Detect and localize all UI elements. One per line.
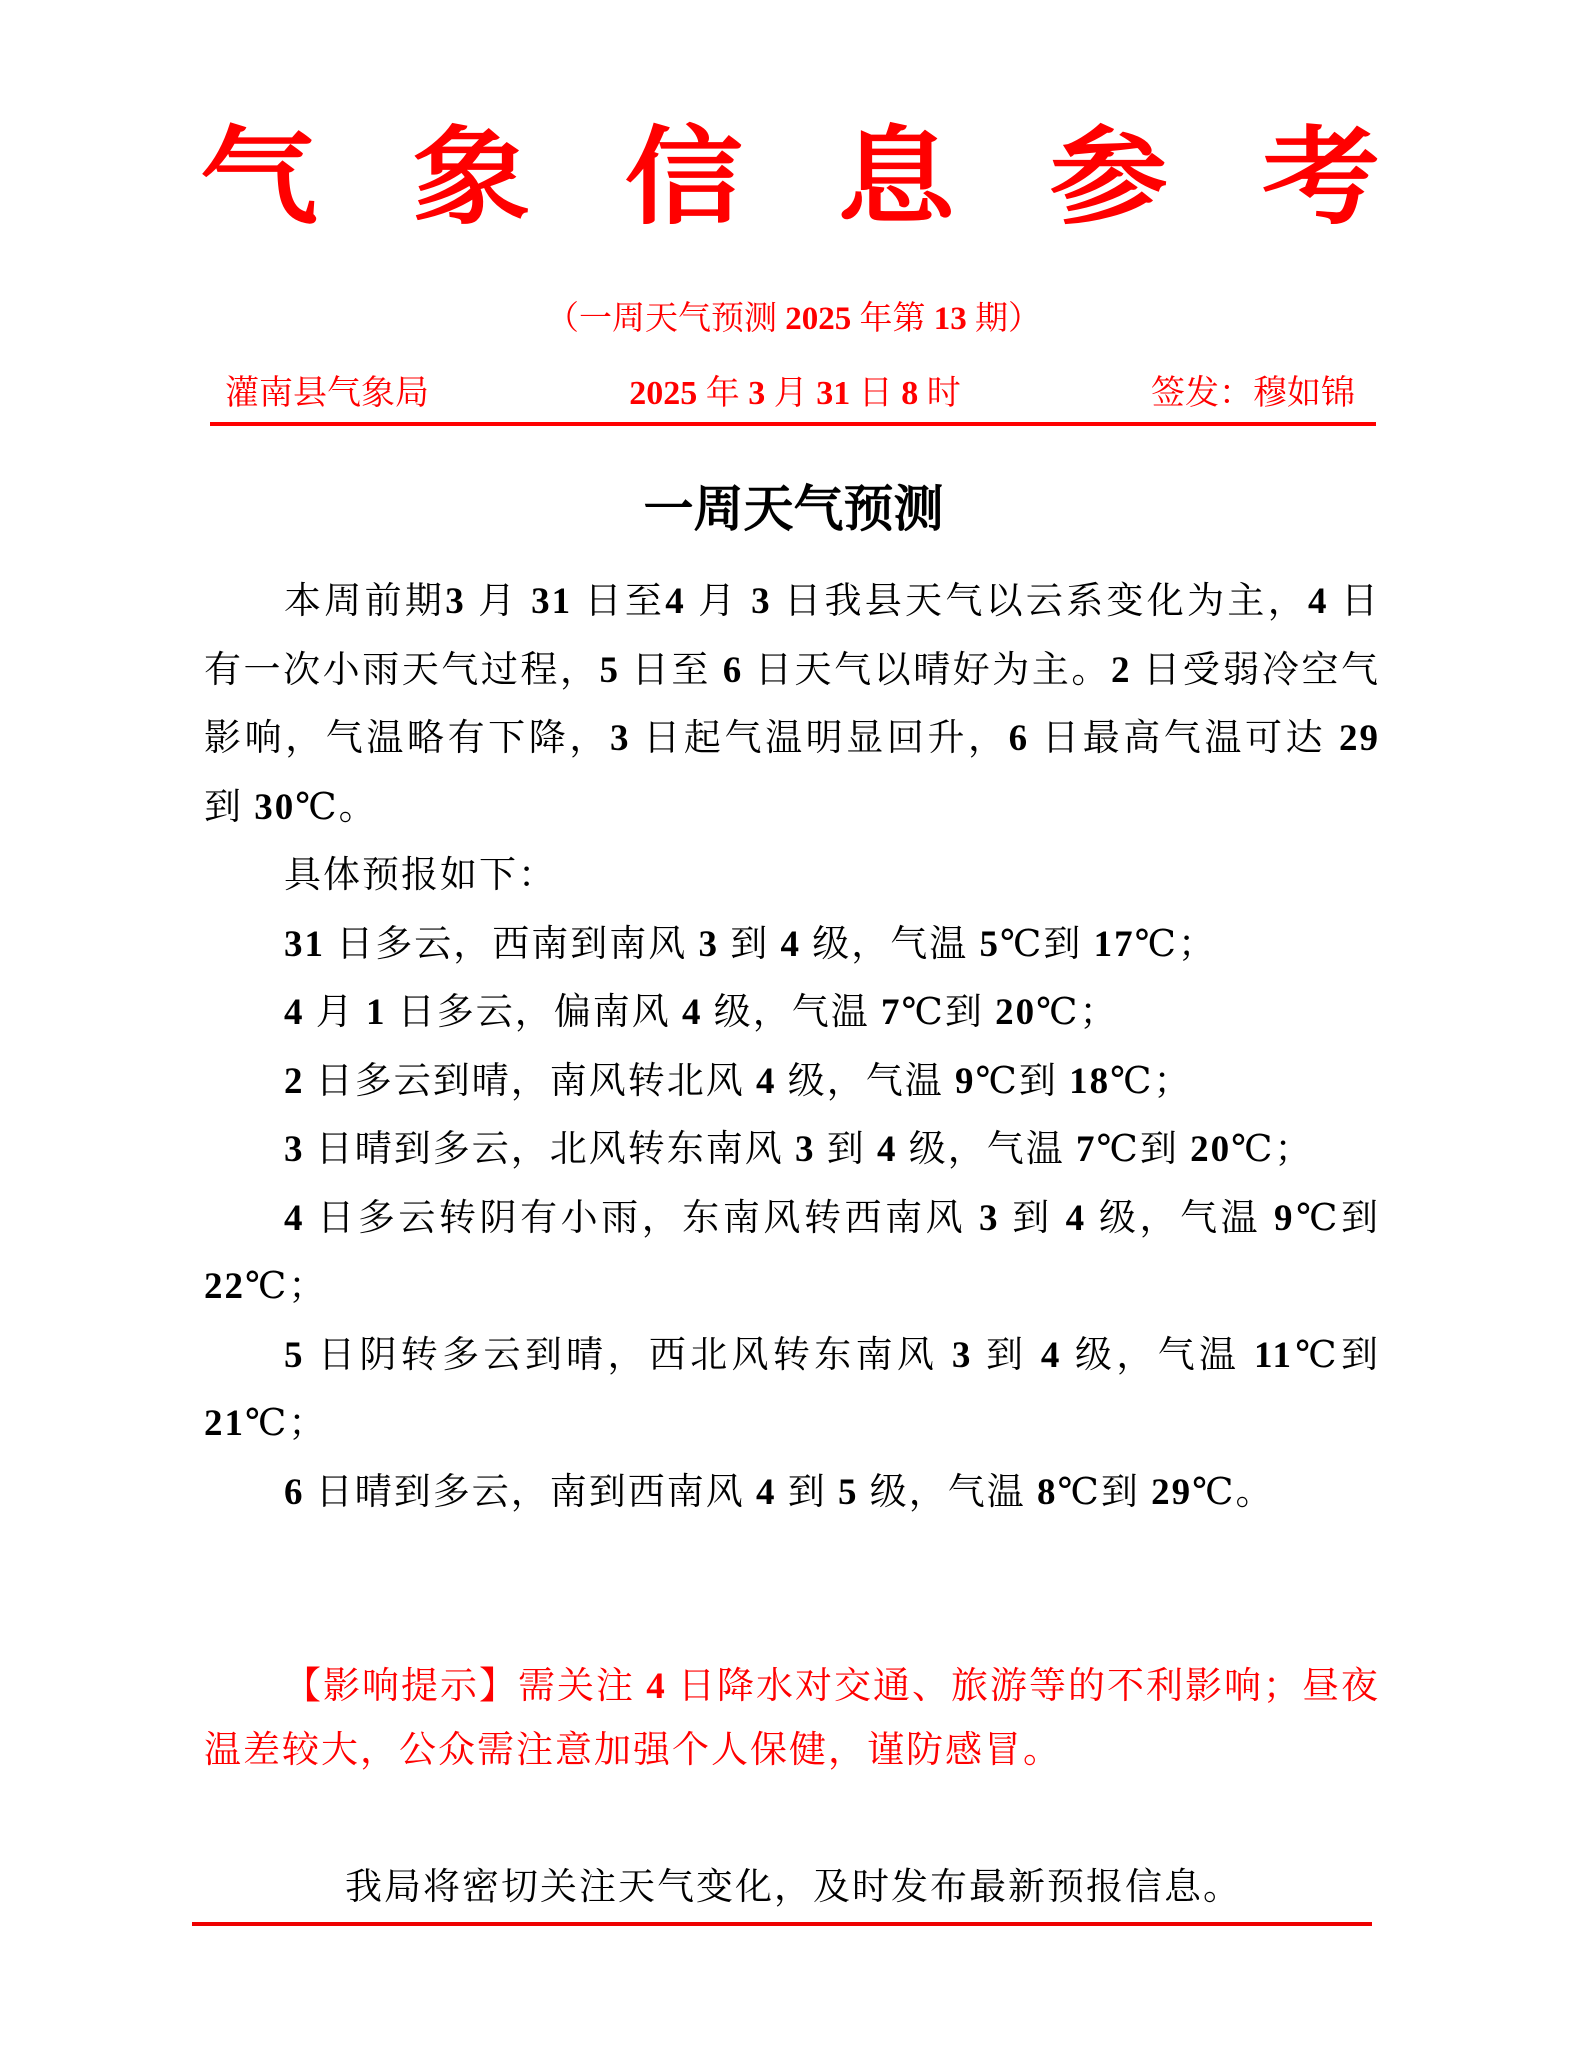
text-run: ℃。 [1192, 1472, 1274, 1513]
bold-number: 20 [995, 992, 1036, 1033]
summary-paragraph: 本周前期3 月 31 日至4 月 3 日我县天气以云系变化为主，4 日有一次小雨… [204, 568, 1380, 842]
text-run: 【影响提示】需关注 [284, 1666, 646, 1707]
bold-number: 4 [756, 1472, 777, 1513]
text-run: ℃； [1110, 1061, 1192, 1102]
forecast-day: 31 日多云，西南到南风 3 到 4 级，气温 5℃到 17℃； [204, 911, 1380, 980]
text-run: ℃； [1036, 992, 1118, 1033]
text-run: 级，气温 [898, 1129, 1077, 1170]
text-run: ℃到 [1058, 1472, 1152, 1513]
text-run: ℃到 [1293, 1335, 1380, 1376]
text-run: 级，气温 [777, 1061, 956, 1102]
forecast-day: 4 日多云转阴有小雨，东南风转西南风 3 到 4 级，气温 9℃到 22℃； [204, 1185, 1380, 1322]
bold-number: 4 [1308, 581, 1329, 622]
date-day-unit: 日 [859, 375, 893, 412]
text-run: 日至 [620, 650, 723, 691]
issue-number-line: （一周天气预测 2025 年第 13 期） [0, 297, 1587, 341]
bold-number: 4 [665, 581, 686, 622]
text-run: 日晴到多云，南到西南风 [305, 1472, 757, 1513]
text-run: 到 [972, 1335, 1041, 1376]
bold-number: 17 [1094, 924, 1135, 965]
bold-number: 4 [781, 924, 802, 965]
bold-number: 8 [1037, 1472, 1058, 1513]
text-run: 日多云，偏南风 [387, 992, 683, 1033]
text-run: 到 [719, 924, 781, 965]
bold-number: 3 [751, 581, 772, 622]
masthead-char: 象 [412, 124, 530, 230]
text-run: 级，气温 [859, 1472, 1038, 1513]
text-run: 日多云到晴，南风转北风 [305, 1061, 757, 1102]
text-run: 本周前期 [284, 581, 445, 622]
bold-number: 3 [610, 718, 631, 759]
signer: 签发：穆如锦 [1151, 365, 1355, 414]
issue-prefix: 一周天气预测 [579, 301, 777, 337]
text-run: 月 [466, 581, 531, 622]
issue-number: 13 [934, 301, 967, 337]
text-run: 日多云转阴有小雨，东南风转西南风 [305, 1198, 980, 1239]
text-run: ℃到 [902, 992, 996, 1033]
bold-number: 4 [284, 992, 305, 1033]
date-year: 2025 [629, 375, 697, 412]
text-run: 到 [777, 1472, 839, 1513]
text-run: ℃； [245, 1403, 327, 1444]
document-body: 本周前期3 月 31 日至4 月 3 日我县天气以云系变化为主，4 日有一次小雨… [204, 568, 1380, 1527]
bold-number: 3 [952, 1335, 973, 1376]
text-run: 月 [686, 581, 751, 622]
issuer: 灌南县气象局 [225, 365, 429, 414]
bold-number: 7 [1076, 1129, 1097, 1170]
bold-number: 29 [1151, 1472, 1192, 1513]
date-year-unit: 年 [706, 375, 740, 412]
text-run: 级，气温 [801, 924, 980, 965]
bold-number: 3 [795, 1129, 816, 1170]
issue-nian: 年第 [860, 301, 926, 337]
signer-name: 穆如锦 [1253, 375, 1355, 412]
bold-number: 1 [366, 992, 387, 1033]
text-run: 级，气温 [1061, 1335, 1254, 1376]
bold-number: 3 [979, 1198, 1000, 1239]
masthead-char: 参 [1050, 124, 1168, 230]
bold-number: 18 [1069, 1061, 1110, 1102]
document-title: 一周天气预测 [0, 478, 1587, 540]
bold-number: 7 [881, 992, 902, 1033]
text-run: 日天气以晴好为主。 [743, 650, 1111, 691]
date-month: 3 [748, 375, 765, 412]
bold-number: 4 [877, 1129, 898, 1170]
bold-number: 3 [445, 581, 466, 622]
bold-number: 3 [699, 924, 720, 965]
bold-number: 6 [284, 1472, 305, 1513]
bold-number: 5 [284, 1335, 305, 1376]
masthead-char: 气 [200, 124, 318, 230]
forecast-day: 4 月 1 日多云，偏南风 4 级，气温 7℃到 20℃； [204, 979, 1380, 1048]
text-run: ℃到 [1295, 1198, 1381, 1239]
date-month-unit: 月 [774, 375, 808, 412]
bold-number: 4 [284, 1198, 305, 1239]
bold-number: 11 [1254, 1335, 1293, 1376]
text-run: ℃到 [976, 1061, 1070, 1102]
bold-number: 4 [1041, 1335, 1062, 1376]
impact-notice: 【影响提示】需关注 4 日降水对交通、旅游等的不利影响；昼夜温差较大，公众需注意… [204, 1655, 1380, 1783]
bold-number: 30 [254, 787, 295, 828]
text-run: 级，气温 [1086, 1198, 1274, 1239]
date-day: 31 [816, 375, 850, 412]
bold-number: 6 [723, 650, 744, 691]
forecast-intro: 具体预报如下： [204, 842, 1380, 911]
bold-number: 2 [1111, 650, 1132, 691]
issue-qi: 期 [975, 301, 1008, 337]
bold-number: 9 [1274, 1198, 1295, 1239]
text-run: ℃。 [295, 787, 377, 828]
bold-number: 4 [646, 1666, 667, 1707]
text-run: 日至 [572, 581, 665, 622]
closing-statement: 我局将密切关注天气变化，及时发布最新预报信息。 [0, 1860, 1587, 1916]
text-run: 到 [816, 1129, 878, 1170]
bold-number: 5 [600, 650, 621, 691]
text-run: 日起气温明显回升， [630, 718, 1008, 759]
masthead-char: 信 [625, 124, 743, 230]
footer-divider [192, 1922, 1372, 1926]
forecast-day: 5 日阴转多云到晴，西北风转东南风 3 到 4 级，气温 11℃到21℃； [204, 1322, 1380, 1459]
text-run: 到 [1000, 1198, 1066, 1239]
masthead-title: 气 象 信 息 参 考 [200, 112, 1380, 242]
date-hour-unit: 时 [927, 375, 961, 412]
bold-number: 9 [955, 1061, 976, 1102]
masthead-char: 息 [837, 124, 955, 230]
bold-number: 20 [1190, 1129, 1231, 1170]
issue-year: 2025 [785, 301, 851, 337]
text-run: 月 [305, 992, 367, 1033]
text-run: ℃到 [1097, 1129, 1191, 1170]
text-run: 日阴转多云到晴，西北风转东南风 [305, 1335, 952, 1376]
issue-date: 2025 年 3 月 31 日 8 时 [629, 365, 961, 414]
bold-number: 31 [531, 581, 572, 622]
text-run: ℃到 [1000, 924, 1094, 965]
text-run: ℃； [1135, 924, 1217, 965]
text-run: 级，气温 [703, 992, 882, 1033]
bold-number: 4 [756, 1061, 777, 1102]
bold-number: 3 [284, 1129, 305, 1170]
signer-label: 签发： [1151, 375, 1253, 412]
text-run: 到 [204, 787, 254, 828]
forecast-day: 3 日晴到多云，北风转东南风 3 到 4 级，气温 7℃到 20℃； [204, 1116, 1380, 1185]
bold-number: 22 [204, 1266, 245, 1307]
text-run: 日晴到多云，北风转东南风 [305, 1129, 796, 1170]
forecast-day: 2 日多云到晴，南风转北风 4 级，气温 9℃到 18℃； [204, 1048, 1380, 1117]
text-run: ℃； [245, 1266, 327, 1307]
date-hour: 8 [901, 375, 918, 412]
issue-close-paren: ） [1008, 301, 1041, 337]
bold-number: 6 [1009, 718, 1030, 759]
bold-number: 4 [682, 992, 703, 1033]
text-run: 日最高气温可达 [1029, 718, 1339, 759]
forecast-day: 6 日晴到多云，南到西南风 4 到 5 级，气温 8℃到 29℃。 [204, 1459, 1380, 1528]
bold-number: 21 [204, 1403, 245, 1444]
bold-number: 5 [980, 924, 1001, 965]
bold-number: 31 [284, 924, 325, 965]
bold-number: 29 [1339, 718, 1380, 759]
bold-number: 4 [1066, 1198, 1087, 1239]
text-run: 日我县天气以云系变化为主， [772, 581, 1308, 622]
bold-number: 5 [838, 1472, 859, 1513]
text-run: 日多云，西南到南风 [325, 924, 699, 965]
header-divider [210, 422, 1376, 426]
meta-row: 灌南县气象局 2025 年 3 月 31 日 8 时 签发：穆如锦 [225, 366, 1355, 412]
bold-number: 2 [284, 1061, 305, 1102]
masthead-char: 考 [1262, 124, 1380, 230]
issue-open-paren: （ [546, 301, 579, 337]
text-run: ℃； [1231, 1129, 1313, 1170]
